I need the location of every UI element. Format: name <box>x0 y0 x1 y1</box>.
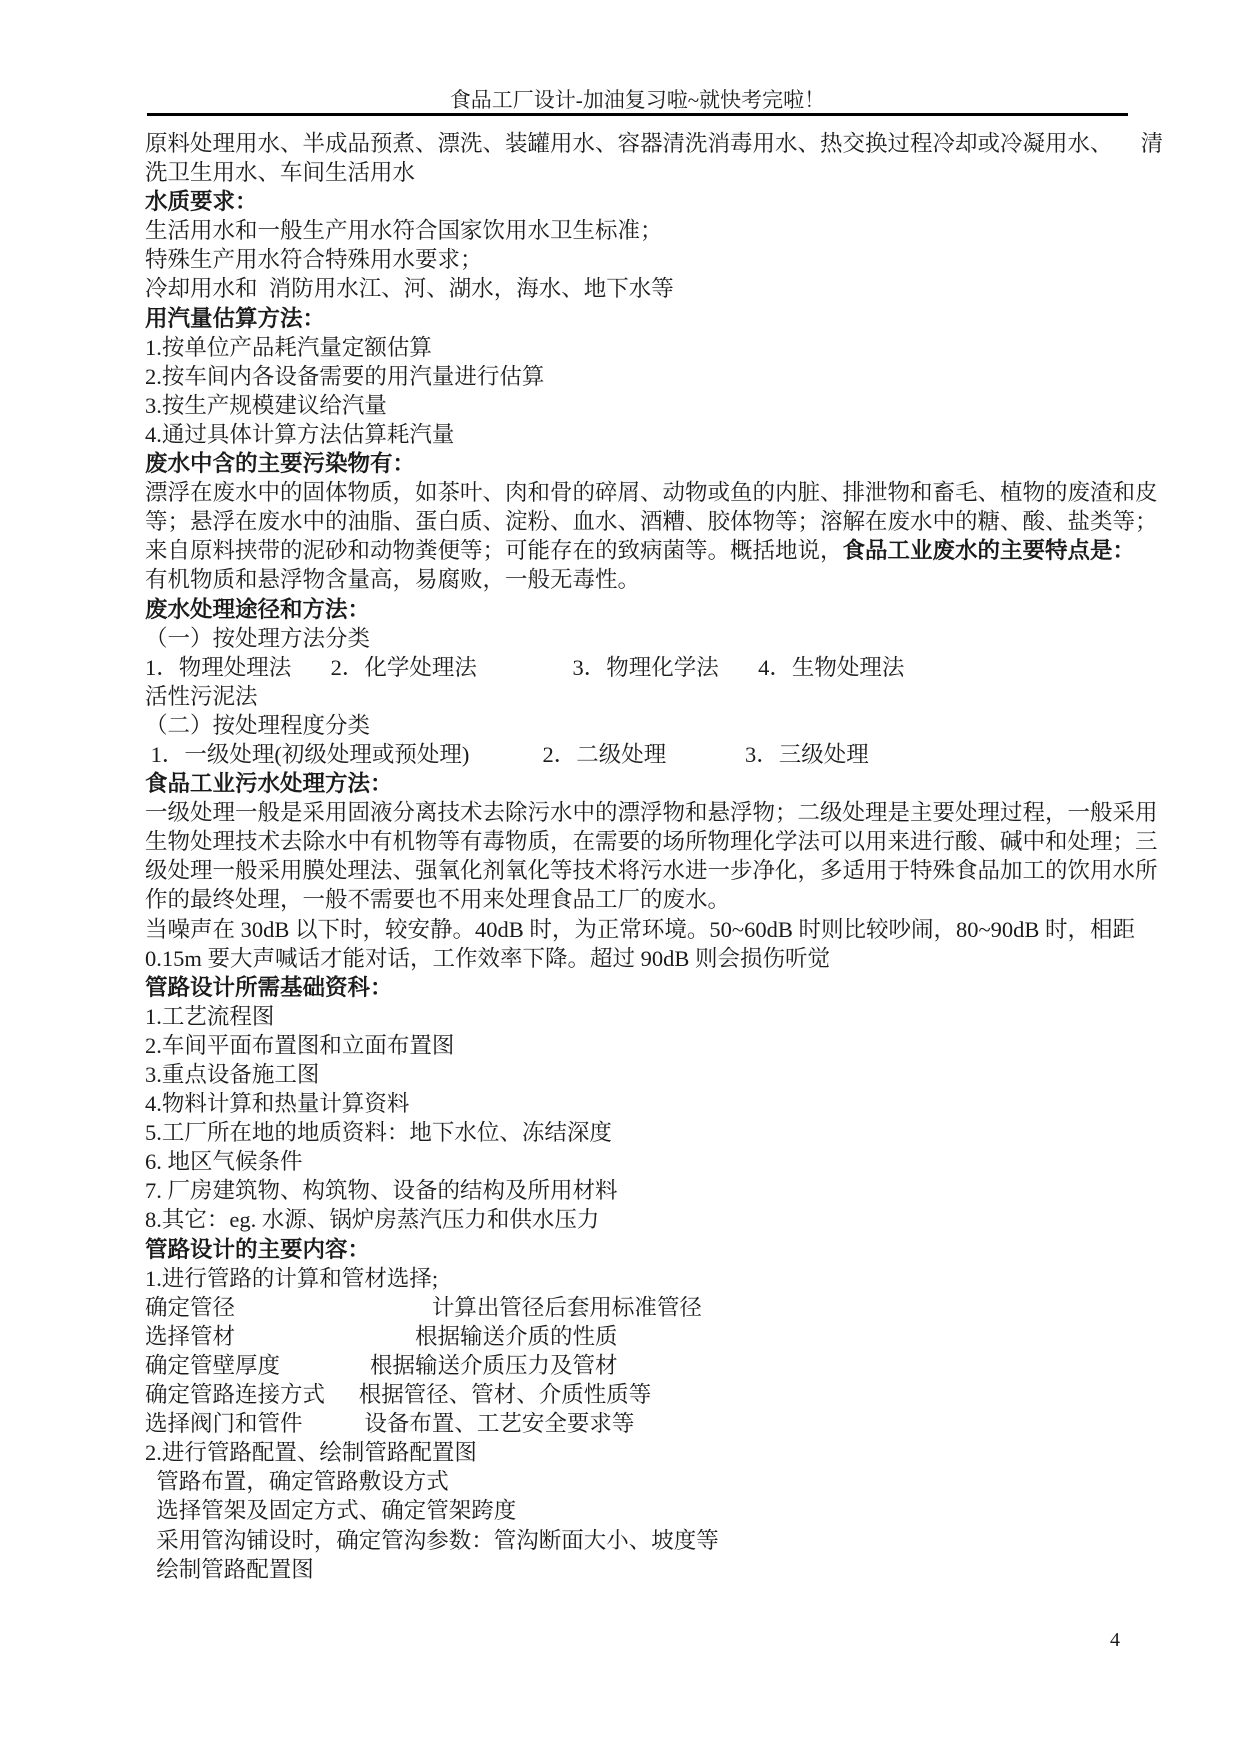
text-line: 有机物质和悬浮物含量高，易腐败，一般无毒性。 <box>145 565 1185 594</box>
text-line: 一级处理一般是采用固液分离技术去除污水中的漂浮物和悬浮物；二级处理是主要处理过程… <box>145 798 1185 827</box>
text-segment: 6. 地区气候条件 <box>145 1149 303 1174</box>
text-segment: 洗卫生用水、车间生活用水 <box>145 160 415 185</box>
text-segment: 选择管材 根据输送介质的性质 <box>145 1324 618 1349</box>
text-line: 作的最终处理，一般不需要也不用来处理食品工厂的废水。 <box>145 885 1185 914</box>
text-line: 2.按车间内各设备需要的用汽量进行估算 <box>145 362 1185 391</box>
page-number: 4 <box>1110 1629 1120 1651</box>
bold-text-segment: 废水中含的主要污染物有： <box>145 451 415 476</box>
text-segment: 5.工厂所在地的地质资料：地下水位、冻结深度 <box>145 1120 612 1145</box>
bold-text-segment: 管路设计所需基础资科： <box>145 975 393 1000</box>
text-line: （一）按处理方法分类 <box>145 624 1185 653</box>
text-line: 特殊生产用水符合特殊用水要求； <box>145 245 1185 274</box>
text-line: 选择阀门和管件 设备布置、工艺安全要求等 <box>145 1409 1185 1438</box>
text-segment: 2.进行管路配置、绘制管路配置图 <box>145 1440 477 1465</box>
text-line: 洗卫生用水、车间生活用水 <box>145 158 1185 187</box>
text-segment: 有机物质和悬浮物含量高，易腐败，一般无毒性。 <box>145 567 640 592</box>
text-line: 5.工厂所在地的地质资料：地下水位、冻结深度 <box>145 1118 1185 1147</box>
text-line: 确定管路连接方式 根据管径、管材、介质性质等 <box>145 1380 1185 1409</box>
text-line: 4.通过具体计算方法估算耗汽量 <box>145 420 1185 449</box>
text-line: 生物处理技术去除水中有机物等有毒物质，在需要的场所物理化学法可以用来进行酸、碱中… <box>145 827 1185 856</box>
text-line: 确定管径 计算出管径后套用标准管径 <box>145 1293 1185 1322</box>
document-page: 食品工厂设计-加油复习啦~就快考完啦！ 原料处理用水、半成品预煮、漂洗、装罐用水… <box>0 0 1241 1754</box>
text-line: 绘制管路配置图 <box>145 1555 1185 1584</box>
text-segment: 1.工艺流程图 <box>145 1004 274 1029</box>
text-segment: 8.其它：eg. 水源、锅炉房蒸汽压力和供水压力 <box>145 1207 599 1232</box>
bold-text-segment: 水质要求： <box>145 189 258 214</box>
text-segment: 活性污泥法 <box>145 684 258 709</box>
text-segment: 1．物理处理法 2．化学处理法 3．物理化学法 4．生物处理法 <box>145 655 904 680</box>
text-line: 6. 地区气候条件 <box>145 1147 1185 1176</box>
text-segment: 漂浮在废水中的固体物质，如茶叶、肉和骨的碎屑、动物或鱼的内脏、排泄物和畜毛、植物… <box>145 480 1158 505</box>
text-segment: 1.按单位产品耗汽量定额估算 <box>145 335 432 360</box>
header-rule <box>147 113 1128 116</box>
text-line: 当噪声在 30dB 以下时，较安静。40dB 时，为正常环境。50~60dB 时… <box>145 915 1185 944</box>
bold-text-segment: 食品工业废水的主要特点是： <box>843 538 1136 563</box>
text-segment: 等；悬浮在废水中的油脂、蛋白质、淀粉、血水、酒糟、胶体物等；溶解在废水中的糖、酸… <box>145 509 1158 534</box>
text-line: 来自原料挟带的泥砂和动物粪便等；可能存在的致病菌等。概括地说，食品工业废水的主要… <box>145 536 1185 565</box>
page-header-title: 食品工厂设计-加油复习啦~就快考完啦！ <box>147 88 1128 112</box>
text-segment: 来自原料挟带的泥砂和动物粪便等；可能存在的致病菌等。概括地说， <box>145 538 843 563</box>
text-segment: 管路布置，确定管路敷设方式 <box>145 1469 449 1494</box>
text-line: 2.进行管路配置、绘制管路配置图 <box>145 1438 1185 1467</box>
text-segment: 确定管径 计算出管径后套用标准管径 <box>145 1295 702 1320</box>
text-line: 1.按单位产品耗汽量定额估算 <box>145 333 1185 362</box>
text-line: 生活用水和一般生产用水符合国家饮用水卫生标准； <box>145 216 1185 245</box>
text-line: 食品工业污水处理方法： <box>145 769 1185 798</box>
text-line: 1．物理处理法 2．化学处理法 3．物理化学法 4．生物处理法 <box>145 653 1185 682</box>
text-line: 活性污泥法 <box>145 682 1185 711</box>
text-segment: 3.重点设备施工图 <box>145 1062 319 1087</box>
text-line: 等；悬浮在废水中的油脂、蛋白质、淀粉、血水、酒糟、胶体物等；溶解在废水中的糖、酸… <box>145 507 1185 536</box>
text-line: 2.车间平面布置图和立面布置图 <box>145 1031 1185 1060</box>
text-line: 7. 厂房建筑物、构筑物、设备的结构及所用材料 <box>145 1176 1185 1205</box>
text-line: 原料处理用水、半成品预煮、漂洗、装罐用水、容器清洗消毒用水、热交换过程冷却或冷凝… <box>145 129 1185 158</box>
text-segment: 级处理一般采用膜处理法、强氧化剂氧化等技术将污水进一步净化，多适用于特殊食品加工… <box>145 858 1158 883</box>
text-segment: 3.按生产规模建议给汽量 <box>145 393 387 418</box>
text-segment: 选择管架及固定方式、确定管架跨度 <box>145 1498 516 1523</box>
text-line: 8.其它：eg. 水源、锅炉房蒸汽压力和供水压力 <box>145 1205 1185 1234</box>
text-line: 采用管沟铺设时，确定管沟参数：管沟断面大小、坡度等 <box>145 1526 1185 1555</box>
text-line: 选择管架及固定方式、确定管架跨度 <box>145 1496 1185 1525</box>
bold-text-segment: 用汽量估算方法： <box>145 306 325 331</box>
text-segment: 2.车间平面布置图和立面布置图 <box>145 1033 454 1058</box>
text-line: 水质要求： <box>145 187 1185 216</box>
text-segment: 1．一级处理(初级处理或预处理) 2．二级处理 3．三级处理 <box>145 742 869 767</box>
text-line: 漂浮在废水中的固体物质，如茶叶、肉和骨的碎屑、动物或鱼的内脏、排泄物和畜毛、植物… <box>145 478 1185 507</box>
text-segment: 冷却用水和 消防用水江、河、湖水，海水、地下水等 <box>145 276 674 301</box>
text-line: 4.物料计算和热量计算资料 <box>145 1089 1185 1118</box>
text-line: 1．一级处理(初级处理或预处理) 2．二级处理 3．三级处理 <box>145 740 1185 769</box>
text-segment: 绘制管路配置图 <box>145 1557 314 1582</box>
text-line: 确定管壁厚度 根据输送介质压力及管材 <box>145 1351 1185 1380</box>
text-segment: 7. 厂房建筑物、构筑物、设备的结构及所用材料 <box>145 1178 618 1203</box>
bold-text-segment: 管路设计的主要内容： <box>145 1237 370 1262</box>
text-segment: 作的最终处理，一般不需要也不用来处理食品工厂的废水。 <box>145 887 730 912</box>
text-segment: 原料处理用水、半成品预煮、漂洗、装罐用水、容器清洗消毒用水、热交换过程冷却或冷凝… <box>145 131 1163 156</box>
text-line: 管路设计的主要内容： <box>145 1235 1185 1264</box>
text-line: 冷却用水和 消防用水江、河、湖水，海水、地下水等 <box>145 274 1185 303</box>
text-segment: 0.15m 要大声喊话才能对话，工作效率下降。超过 90dB 则会损伤听觉 <box>145 946 830 971</box>
text-segment: 确定管壁厚度 根据输送介质压力及管材 <box>145 1353 618 1378</box>
text-segment: 选择阀门和管件 设备布置、工艺安全要求等 <box>145 1411 634 1436</box>
document-body: 原料处理用水、半成品预煮、漂洗、装罐用水、容器清洗消毒用水、热交换过程冷却或冷凝… <box>145 129 1185 1584</box>
text-line: 用汽量估算方法： <box>145 304 1185 333</box>
text-segment: （二）按处理程度分类 <box>145 713 370 738</box>
text-line: 废水处理途径和方法： <box>145 595 1185 624</box>
bold-text-segment: 食品工业污水处理方法： <box>145 771 393 796</box>
text-segment: 采用管沟铺设时，确定管沟参数：管沟断面大小、坡度等 <box>145 1528 719 1553</box>
text-line: 选择管材 根据输送介质的性质 <box>145 1322 1185 1351</box>
text-segment: （一）按处理方法分类 <box>145 626 370 651</box>
text-line: 0.15m 要大声喊话才能对话，工作效率下降。超过 90dB 则会损伤听觉 <box>145 944 1185 973</box>
text-segment: 2.按车间内各设备需要的用汽量进行估算 <box>145 364 544 389</box>
text-segment: 一级处理一般是采用固液分离技术去除污水中的漂浮物和悬浮物；二级处理是主要处理过程… <box>145 800 1158 825</box>
text-line: 废水中含的主要污染物有： <box>145 449 1185 478</box>
text-line: 3.按生产规模建议给汽量 <box>145 391 1185 420</box>
text-segment: 当噪声在 30dB 以下时，较安静。40dB 时，为正常环境。50~60dB 时… <box>145 917 1135 942</box>
bold-text-segment: 废水处理途径和方法： <box>145 597 370 622</box>
text-line: （二）按处理程度分类 <box>145 711 1185 740</box>
text-line: 1.进行管路的计算和管材选择; <box>145 1264 1185 1293</box>
text-line: 1.工艺流程图 <box>145 1002 1185 1031</box>
text-segment: 4.通过具体计算方法估算耗汽量 <box>145 422 454 447</box>
text-segment: 生物处理技术去除水中有机物等有毒物质，在需要的场所物理化学法可以用来进行酸、碱中… <box>145 829 1158 854</box>
text-segment: 4.物料计算和热量计算资料 <box>145 1091 409 1116</box>
text-line: 管路布置，确定管路敷设方式 <box>145 1467 1185 1496</box>
text-line: 管路设计所需基础资科： <box>145 973 1185 1002</box>
text-segment: 特殊生产用水符合特殊用水要求； <box>145 247 483 272</box>
text-segment: 生活用水和一般生产用水符合国家饮用水卫生标准； <box>145 218 663 243</box>
text-line: 3.重点设备施工图 <box>145 1060 1185 1089</box>
text-line: 级处理一般采用膜处理法、强氧化剂氧化等技术将污水进一步净化，多适用于特殊食品加工… <box>145 856 1185 885</box>
text-segment: 确定管路连接方式 根据管径、管材、介质性质等 <box>145 1382 651 1407</box>
text-segment: 1.进行管路的计算和管材选择; <box>145 1266 438 1291</box>
